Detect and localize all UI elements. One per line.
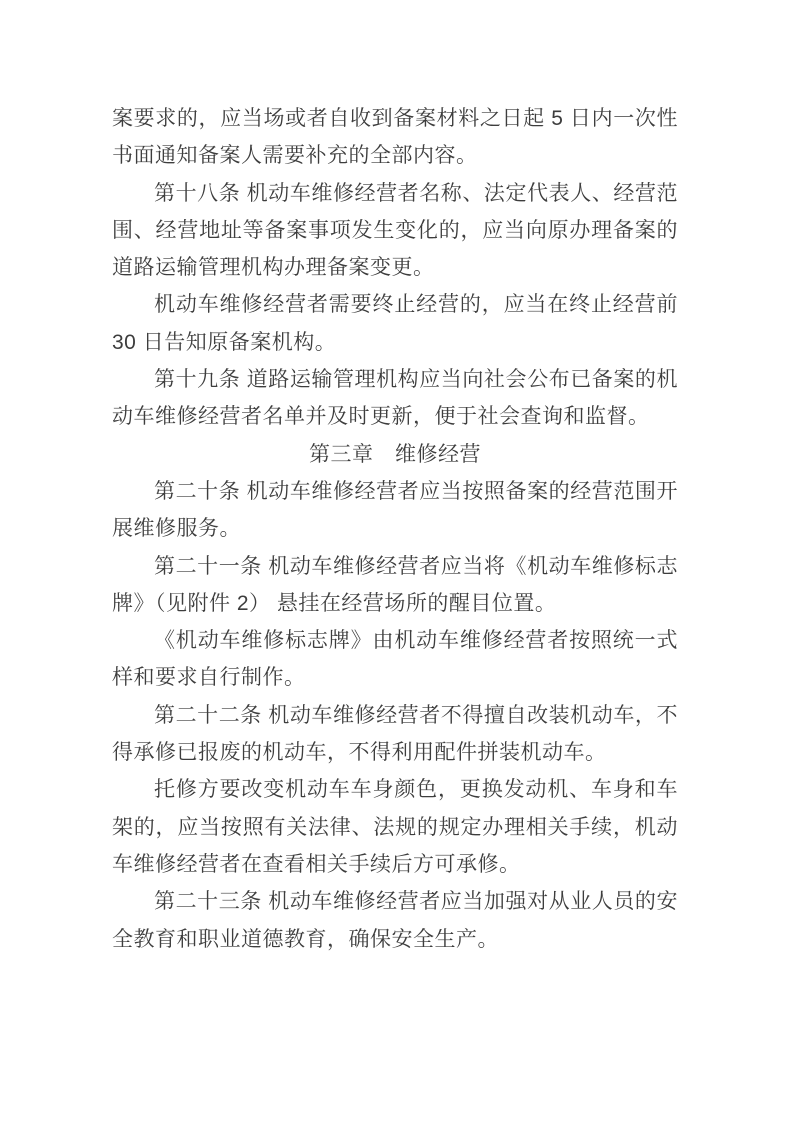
paragraph-article-23: 第二十三条 机动车维修经营者应当加强对从业人员的安全教育和职业道德教育，确保安全… — [112, 883, 678, 958]
paragraph-article-21: 第二十一条 机动车维修经营者应当将《机动车维修标志牌》（见附件 2） 悬挂在经营… — [112, 548, 678, 623]
paragraph-sign-self-made: 《机动车维修标志牌》由机动车维修经营者按照统一式样和要求自行制作。 — [112, 622, 678, 697]
paragraph-article-19: 第十九条 道路运输管理机构应当向社会公布已备案的机动车维修经营者名单并及时更新，… — [112, 361, 678, 436]
paragraph-continuation: 案要求的，应当场或者自收到备案材料之日起 5 日内一次性书面通知备案人需要补充的… — [112, 100, 678, 175]
document-content: 案要求的，应当场或者自收到备案材料之日起 5 日内一次性书面通知备案人需要补充的… — [112, 100, 678, 958]
paragraph-article-20: 第二十条 机动车维修经营者应当按照备案的经营范围开展维修服务。 — [112, 473, 678, 548]
chapter-3-heading: 第三章 维修经营 — [112, 436, 678, 473]
paragraph-termination-notice: 机动车维修经营者需要终止经营的，应当在终止经营前 30 日告知原备案机构。 — [112, 286, 678, 361]
paragraph-article-22: 第二十二条 机动车维修经营者不得擅自改装机动车，不得承修已报废的机动车，不得利用… — [112, 697, 678, 772]
paragraph-article-18: 第十八条 机动车维修经营者名称、法定代表人、经营范围、经营地址等备案事项发生变化… — [112, 175, 678, 287]
document-page: 案要求的，应当场或者自收到备案材料之日起 5 日内一次性书面通知备案人需要补充的… — [0, 0, 793, 1122]
paragraph-entrusted-repair: 托修方要改变机动车车身颜色，更换发动机、车身和车架的，应当按照有关法律、法规的规… — [112, 771, 678, 883]
